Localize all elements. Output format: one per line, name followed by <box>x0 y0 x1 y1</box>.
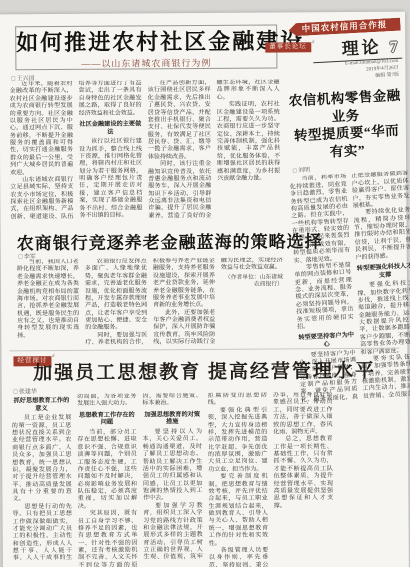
body-paragraph: 总之，思想教育工作是一项长期性、基础性工作，只有常抓不懈、久久为功，才能不断提高… <box>273 436 333 510</box>
newspaper-scan: 如何推进农村社区金融建设 ——以山东诸城农商银行为例 □ 王兴国 近年来，随着农… <box>0 0 410 567</box>
main-article-subtitle: ——以山东诸城农商银行为例 <box>16 56 276 71</box>
body-paragraph: 当前，我国人口老龄化程度不断加深，养老金融需求快速增长，养老金融正在成为各类金融… <box>17 259 80 341</box>
masthead-info: E-mail:lilunban@163.com 2019年4月26日 编辑 第7… <box>283 59 403 85</box>
body-paragraph: 实践证明，农村社区金融建设是一项系统工程，需要久久为功。农商银行应进一步坚守定位… <box>217 102 281 184</box>
body-paragraph: 要坚持以人为本，关心关爱员工，畅通沟通渠道，及时了解员工思想动态，帮助员工解决工… <box>143 429 203 503</box>
middle-article-title: 农商银行竞逐养老金融蓝海的策略选择 <box>17 227 283 254</box>
main-article-headline-box: 如何推进农村社区金融建设 ——以山东诸城农商银行为例 <box>15 24 277 70</box>
section-name: 理论 <box>341 38 382 59</box>
body-paragraph: 该行以社区银行建设为抓手，整合线上线下资源，推行网格化管理，将辖内村庄和社区划分… <box>79 139 143 221</box>
bottom-article-title: 加强员工思想教育 提高经营管理水平 <box>1 356 407 386</box>
right-article-title-line2: 转型提质要“华而有实” <box>294 123 400 159</box>
right-article-title: 农信机构零售金融业务 转型提质要“华而有实” <box>285 87 408 163</box>
section-subhead: 转型要强化科技人才支撑 <box>356 262 410 280</box>
body-paragraph: 要强化典型引领，深入挖掘先进典型，大力宣传身边榜样，发挥先进模范的示范带动作用，… <box>208 407 268 474</box>
body-paragraph: 员工是企业发展的第一资源，员工思想状况直接关系到企业经营管理水平。农商银行点多面… <box>12 415 72 504</box>
section-subhead: 加强思想教育的对策措施 <box>142 411 201 427</box>
newspaper-page: 如何推进农村社区金融建设 ——以山东诸城农商银行为例 □ 王兴国 近年来，随着农… <box>0 12 409 567</box>
body-paragraph: 要完善制度机制，把思想教育与绩效考核、评先评优结合起来，与员工职业生涯规划结合起… <box>208 474 268 548</box>
page-number: 7 <box>389 39 398 56</box>
body-paragraph: 近年来，随着农村金融改革的不断深入，农村社区金融建设逐步成为农商银行转型发展的重… <box>10 81 74 177</box>
author-attribution: （作者单位：山东诸城农商银行） <box>221 274 283 289</box>
right-column-block: 中国农村信用合作报 理论 7 E-mail:lilunban@163.com 2… <box>281 18 410 405</box>
section-subhead: 抓好思想教育工作的意义 <box>12 397 71 413</box>
section-subhead: 思想教育工作存在的问题 <box>77 411 136 427</box>
bottom-article-body: 抓好思想教育工作的意义 员工是企业发展的第一资源，员工思想状况直接关系到企业经营… <box>12 392 399 567</box>
body-paragraph: 要持续优化业务流程，精简办贷环节，缩短办理时限，推行限时办结和阳光信贷，让利于民… <box>353 208 410 263</box>
middle-article-body: 当前，我国人口老龄化程度不断加深，养老金融需求快速增长，养老金融正在成为各类金融… <box>17 257 284 349</box>
body-paragraph: 在产品创新方面，该行围绕社区居民多样化金融需求，先后推出了惠民贷、兴农贷、安居贷… <box>148 80 212 162</box>
body-paragraph: 当前，利率市场化持续推进，同业竞争日趋激烈，零售业务转型已成为农信机构高质量发展… <box>289 174 351 265</box>
main-article-title: 如何推进农村社区金融建设 <box>16 29 276 55</box>
right-article-title-line1: 农信机构零售金融业务 <box>288 88 401 124</box>
forum-label: 董事长论坛 <box>265 42 311 52</box>
main-article-body: 近年来，随着农村金融改革的不断深入，农村社区金融建设逐步成为农商银行转型发展的重… <box>10 79 281 228</box>
body-paragraph: 要强化科技支撑，加快数字化转型步伐，推进线上线下渠道融合，提升移动金融服务能力，… <box>357 280 410 357</box>
body-paragraph: 农商银行应发挥点多面广、人缘地缘优势，聚焦老年客群金融需求，完善适老化服务设施，… <box>85 258 148 332</box>
body-paragraph: 当前，部分员工存在思想松懈、进取意识不强、合规意识淡薄等问题，个别员工服务态度生… <box>77 429 137 511</box>
section-subhead: 社区金融建设的主要做法 <box>79 120 142 136</box>
body-paragraph: 零售转型不是简单的网点装修和口号更新，而是经营理念、业务流程、服务模式的深层次变… <box>294 262 354 331</box>
